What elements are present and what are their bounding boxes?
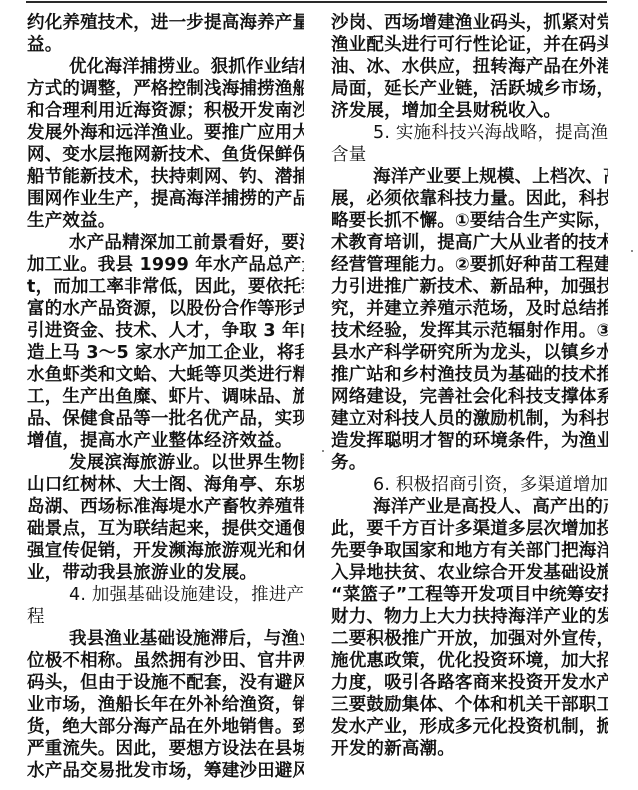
text-line: 发水产业，形成多元化投资机制，掀起水产 [331, 716, 608, 738]
text-line: 业，带动我县旅游业的发展。 [27, 562, 304, 584]
text-line: 发展外海和远洋渔业。要推广应用大网目拖 [27, 122, 304, 144]
text-line: 船节能新技术，扶持刺网、钓、潜捕和灯光 [27, 166, 304, 188]
text-line: 优化海洋捕捞业。狠抓作业结构和作业 [27, 56, 304, 78]
text-line: 三要鼓励集体、个体和机关干部职工参与开 [331, 694, 608, 716]
text-line: 围网作业生产，提高海洋捕捞的产品质量和 [27, 188, 304, 210]
text-line: 经营管理能力。②要抓好种苗工程建设，大 [331, 254, 608, 276]
text-line: 入异地扶贫、农业综合开发基础设施建设和 [331, 562, 608, 584]
text-line: 技术经验，发挥其示范辐射作用。③推进以 [331, 320, 608, 342]
text-line: 略要长抓不懈。①要结合生产实际，抓好技 [331, 210, 608, 232]
text-line: 开发的新高潮。 [331, 738, 608, 760]
text-line: 增值，提高水产业整体经济效益。 [27, 430, 304, 452]
text-line: t，而加工率非常低，因此，要依托我县丰 [27, 276, 304, 298]
text-line: 工，生产出鱼糜、虾片、调味品、旅游食 [27, 386, 304, 408]
right-column: 沙岗、西场增建渔业码头，抓紧对党江金滩渔业配头进行可行性论证，并在码头配套油、冰… [331, 12, 608, 760]
text-line: 推广站和乡村渔技员为基础的技术推广服务 [331, 364, 608, 386]
text-line: 术教育培训，提高广大从业者的技术水平和 [331, 232, 608, 254]
text-line: 约化养殖技术，进一步提高海养产量和效 [27, 12, 304, 34]
text-line: 码头，但由于设施不配套，没有避风港和专 [27, 672, 304, 694]
text-line: 网络建设，完善社会化科技支撑体系。④要 [331, 386, 608, 408]
text-line: 造发挥聪明才智的环境条件，为渔业生产服 [331, 430, 608, 452]
text-line: 县水产科学研究所为龙头，以镇乡水产技术 [331, 342, 608, 364]
text-line: 济发展，增加全县财税收入。 [331, 100, 608, 122]
text-line: 沙岗、西场增建渔业码头，抓紧对党江金滩 [331, 12, 608, 34]
section-heading-line: 6. 积极招商引资，多渠道增加投人 [331, 474, 608, 496]
text-line: 渔业配头进行可行性论证，并在码头配套 [331, 34, 608, 56]
top-rule [26, 1, 607, 3]
text-line: 和合理利用近海资源；积极开发南沙生产， [27, 100, 304, 122]
text-line: 严重流失。因此，要想方设法在县城建设县 [27, 738, 304, 760]
text-line: 油、冰、水供应，扭转海产品在外港销售的 [331, 56, 608, 78]
text-line: 业市场，渔船长年在外补给渔资，销售鱼 [27, 694, 304, 716]
text-line: 生产效益。 [27, 210, 304, 232]
text-line: 山口红树林、大士阁、海角亭、东坡亭、星 [27, 474, 304, 496]
text-line: 此，要千方百计多渠道多层次增加投人。首 [331, 518, 608, 540]
text-line: 货，绝大部分海产品在外地销售。致使财税 [27, 716, 304, 738]
text-line: 品、保健食品等一批名优产品，实现水产品 [27, 408, 304, 430]
section-heading-line: 4. 加强基础设施建设，推进产业化进 [27, 584, 304, 606]
text-line: 网、变水层拖网新技术、鱼货保鲜保活和渔 [27, 144, 304, 166]
text-line: 发展滨海旅游业。以世界生物圈保护区 [27, 452, 304, 474]
text-line: 益。 [27, 34, 304, 56]
text-line: 础景点，互为联结起来，提供交通便利，加 [27, 518, 304, 540]
text-line: 务。 [331, 452, 608, 474]
text-line: 二要积极推广开放，加强对外宣传，通过实 [331, 628, 608, 650]
scan-speck [631, 250, 633, 252]
section-heading-line: 程 [27, 606, 304, 628]
section-heading-line: 5. 实施科技兴海战略，提高渔业科技 [331, 122, 608, 144]
left-column: 约化养殖技术，进一步提高海养产量和效益。优化海洋捕捞业。狠抓作业结构和作业方式的… [27, 12, 304, 782]
text-line: 展，必须依靠科技力量。因此，科技兴海战 [331, 188, 608, 210]
text-line: 先要争取国家和地方有关部门把海洋开发纳 [331, 540, 608, 562]
text-line: 海洋产业要上规模、上档次、高标准发 [331, 166, 608, 188]
text-line: 力引进推广新技术、新品种，加强技术研 [331, 276, 608, 298]
text-line: 我县渔业基础设施滞后，与渔业大县地 [27, 628, 304, 650]
text-line: 岛湖、西场标准海堤水产畜牧养殖带等为基 [27, 496, 304, 518]
text-line: 力度，吸引各路客商来投资开发水产业。第 [331, 672, 608, 694]
text-line: 加工业。我县 1999 年水产品总产量 33.9 万 [27, 254, 304, 276]
text-line: 建立对科技人员的激励机制，为科技人员营 [331, 408, 608, 430]
text-line: 造上马 3～5 家水产加工企业，将我县海淡 [27, 342, 304, 364]
text-line: 水产品精深加工前景看好，要深化水产 [27, 232, 304, 254]
text-line: 财力、物力上大力扶持海洋产业的发展。第 [331, 606, 608, 628]
scan-speck [322, 450, 324, 452]
text-line: 水鱼虾类和文蛤、大蚝等贝类进行精深加 [27, 364, 304, 386]
text-line: 位极不相称。虽然拥有沙田、官井两个渔业 [27, 650, 304, 672]
text-line: “菜篮子”工程等开发项目中统筹安排，从 [331, 584, 608, 606]
text-line: 水产品交易批发市场，筹建沙田避风港，在 [27, 760, 304, 782]
text-line: 施优惠政策，优化投资环境，加大招商引资 [331, 650, 608, 672]
section-heading-line: 含量 [331, 144, 608, 166]
text-line: 富的水产品资源，以股份合作等形式，积极 [27, 298, 304, 320]
text-line: 局面，延长产业链，活跃城乡市场，促进经 [331, 78, 608, 100]
text-line: 方式的调整，严格控制浅海捕捞渔船，保护 [27, 78, 304, 100]
text-line: 强宣传促销，开发濒海旅游观光和休闲渔 [27, 540, 304, 562]
text-line: 海洋产业是高投人、高产出的产业，因 [331, 496, 608, 518]
text-line: 究，并建立养殖示范场，及时总结推广成功 [331, 298, 608, 320]
text-line: 引进资金、技术、人才，争取 3 年内建设改 [27, 320, 304, 342]
